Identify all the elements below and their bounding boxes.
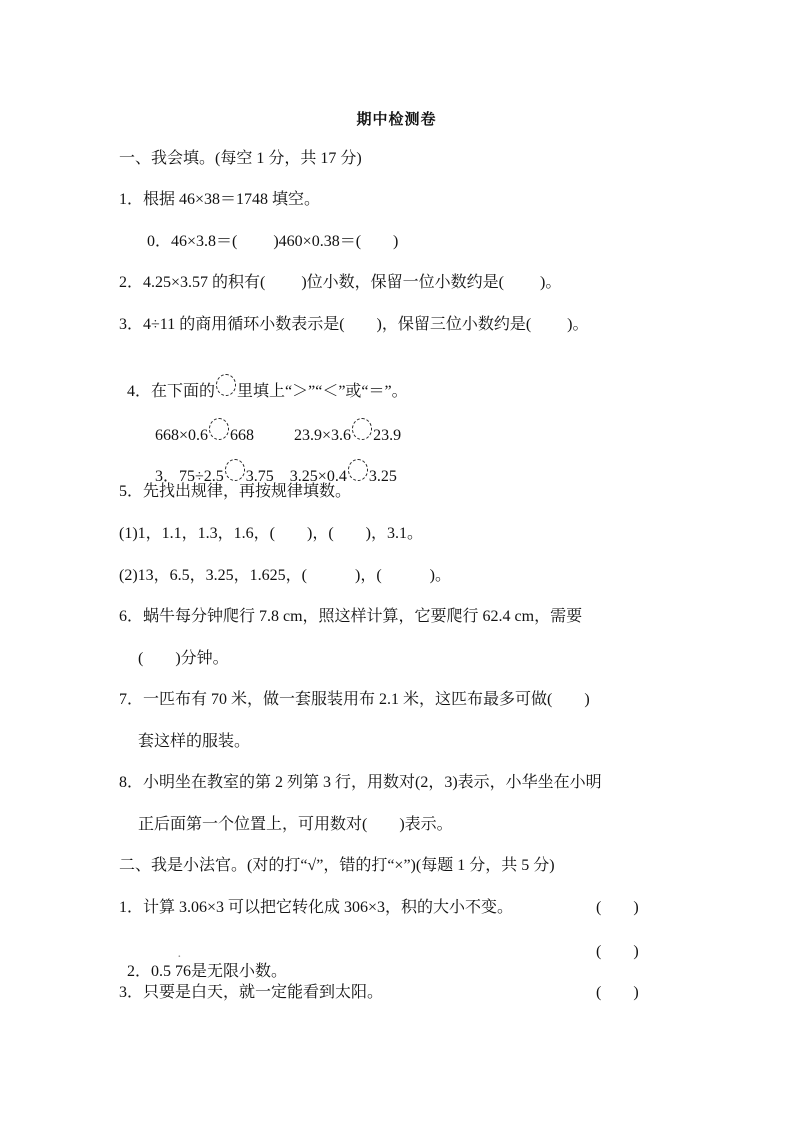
section-2-heading: 二、我是小法官。(对的打“√”，错的打“×”)(每题 1 分，共 5 分) [119,856,555,876]
question-8-line-1: 8．小明坐在教室的第 2 列第 3 行，用数对(2，3)表示，小华坐在小明 [119,773,602,793]
compare-left: 23.9×3.6 [294,427,351,444]
question-4: 4．在下面的里填上“＞”“＜”或“＝”。 [119,360,408,402]
page-title: 期中检测卷 [0,108,793,129]
repeating-digits: 76 [175,962,191,982]
compare-circle-blank[interactable] [225,459,245,481]
judge-question-2-post: 是无限小数。 [191,963,287,980]
compare-right: 23.9 [373,427,401,444]
judge-answer-1[interactable]: ( ) [596,898,639,918]
compare-right: 3.25 [369,468,397,485]
judge-answer-2[interactable]: ( ) [596,942,639,962]
judge-question-1: 1．计算 3.06×3 可以把它转化成 306×3，积的大小不变。 [119,898,513,918]
judge-answer-3[interactable]: ( ) [596,983,639,1003]
question-1-sub: 0．46×3.8＝( )460×0.38＝( ) [147,232,398,252]
compare-circle-blank[interactable] [348,459,368,481]
compare-left: 668×0.6 [155,427,208,444]
compare-circle-blank[interactable] [352,418,372,440]
question-6-line-2: ( )分钟。 [138,649,229,669]
judge-question-2-pre: 2．0.5 [127,963,171,980]
question-1: 1．根据 46×38＝1748 填空。 [119,190,320,210]
question-2: 2．4.25×3.57 的积有( )位小数，保留一位小数约是( )。 [119,273,561,293]
judge-question-2: 2．0.5 76是无限小数。 [119,942,287,982]
question-4-post: 里填上“＞”“＜”或“＝”。 [237,383,408,400]
question-3: 3．4÷11 的商用循环小数表示是( )，保留三位小数约是( )。 [119,315,589,335]
question-7-line-2: 套这样的服装。 [138,732,250,752]
question-5-part-2: (2)13，6.5，3.25，1.625，( )，( )。 [119,566,451,586]
question-5: 5．先找出规律，再按规律填数。 [119,482,351,502]
compare-row-2: 3．75÷2.53.753.25×0.43.25 [147,445,397,487]
question-7-line-1: 7．一匹布有 70 米，做一套服装用布 2.1 米，这匹布最多可做( ) [119,690,590,710]
question-4-pre: 4．在下面的 [127,383,215,400]
question-6-line-1: 6．蜗牛每分钟爬行 7.8 cm，照这样计算，它要爬行 62.4 cm，需要 [119,607,582,627]
compare-right: 668 [230,427,254,444]
section-1-heading: 一、我会填。(每空 1 分，共 17 分) [119,149,362,169]
question-8-line-2: 正后面第一个位置上，可用数对( )表示。 [138,815,453,835]
question-5-part-1: (1)1，1.1，1.3，1.6，( )，( )，3.1。 [119,524,423,544]
compare-row-1: 668×0.666823.9×3.623.9 [147,404,401,446]
circle-blank-icon [216,374,236,396]
judge-question-3: 3．只要是白天，就一定能看到太阳。 [119,983,383,1003]
compare-circle-blank[interactable] [209,418,229,440]
